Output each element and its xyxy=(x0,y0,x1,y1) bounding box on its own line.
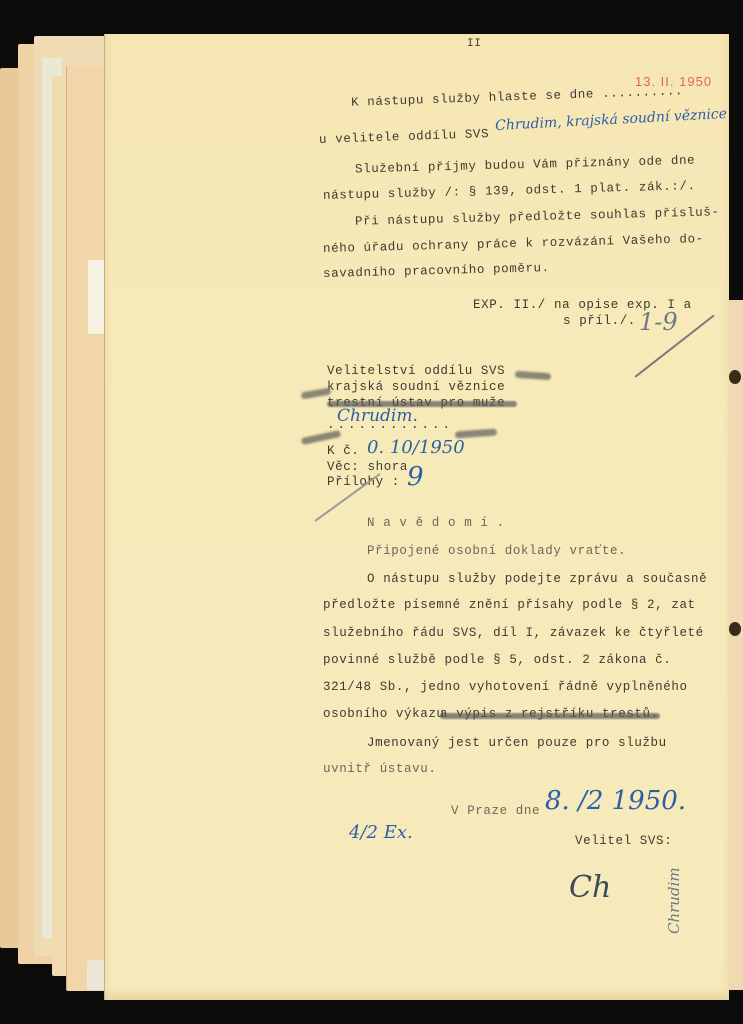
handwritten-count: 1-9 xyxy=(639,308,678,336)
signatory-title: Velitel SVS: xyxy=(575,834,672,848)
smudge xyxy=(515,371,551,380)
body-line: Připojené osobní doklady vraťte. xyxy=(367,544,626,558)
body-line: uvnitř ústavu. xyxy=(323,762,436,776)
binding-strip xyxy=(727,300,743,990)
handwritten-initials: 4/2 Ex. xyxy=(349,822,413,843)
attachments-count: 9 xyxy=(407,462,424,492)
text-line: nástupu služby /: § 139, odst. 1 plat. z… xyxy=(323,179,696,203)
handwritten-date: 8. /2 1950. xyxy=(545,786,686,816)
body-line: předložte písemné znění přísahy podle § … xyxy=(323,598,696,612)
strikethrough xyxy=(440,713,660,719)
addressee-line: krajská soudní věznice xyxy=(327,380,505,394)
body-line: Jmenovaný jest určen pouze pro službu xyxy=(367,736,667,750)
dotted-line: ............ xyxy=(327,418,453,432)
reference-label: K č. xyxy=(327,444,359,458)
place-date: V Praze dne xyxy=(451,804,540,818)
body-heading: N a v ě d o m í . xyxy=(367,516,505,530)
body-line: služebního řádu SVS, díl I, závazek ke č… xyxy=(323,626,704,640)
subject-label: Věc: shora. xyxy=(327,460,416,474)
body-line: povinné službě podle § 5, odst. 2 zákona… xyxy=(323,653,671,667)
punch-hole xyxy=(729,622,741,636)
text-line: Při nástupu služby předložte souhlas pří… xyxy=(355,205,720,229)
punch-hole xyxy=(729,370,741,384)
body-line: osobního výkazu xyxy=(323,707,445,721)
page-marker: II xyxy=(467,38,481,50)
margin-note: Chrudim xyxy=(665,867,683,934)
signature: Ch xyxy=(569,870,611,905)
body-line: 321/48 Sb., jedno vyhotovení řádně vypln… xyxy=(323,680,688,694)
text-line: K nástupu služby hlaste se dne .........… xyxy=(351,84,683,110)
handwritten-location: Chrudim, krajská soudní věznice xyxy=(495,106,728,134)
document-page: II 13. II. 1950 K nástupu služby hlaste … xyxy=(105,34,729,1000)
smudge xyxy=(301,430,342,445)
addressee-line: Velitelství oddílu SVS xyxy=(327,364,505,378)
text-line: ného úřadu ochrany práce k rozvázání Vaš… xyxy=(323,232,704,256)
text-line: savadního pracovního poměru. xyxy=(323,261,550,281)
body-line: O nástupu služby podejte zprávu a součas… xyxy=(367,572,707,586)
paper-tab xyxy=(88,260,106,334)
reference-number: 0. 10/1950 xyxy=(367,437,465,458)
text-line: u velitele oddílu SVS xyxy=(319,127,490,147)
expedition-line: s příl./. xyxy=(563,314,636,328)
text-line: Služební příjmy budou Vám přiznány ode d… xyxy=(355,154,696,177)
attachments-label: Přílohy : xyxy=(327,475,400,489)
